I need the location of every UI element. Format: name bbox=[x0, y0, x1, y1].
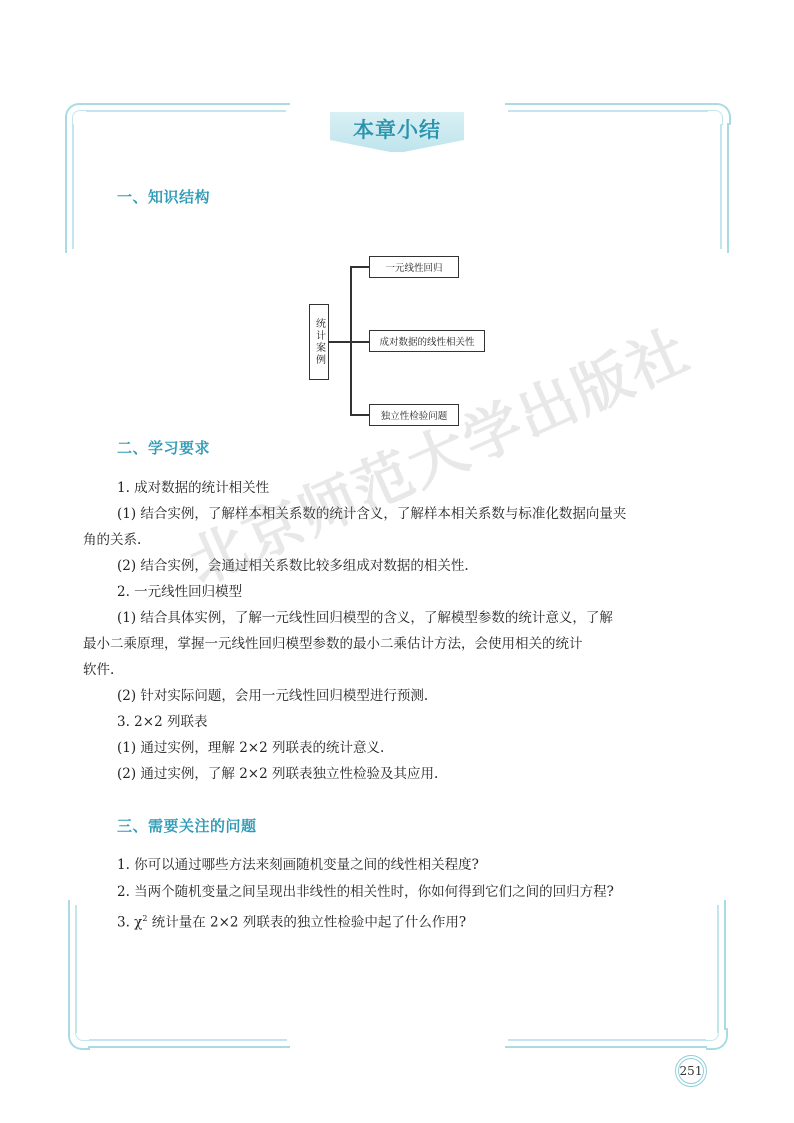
requirement-line: (2) 通过实例，了解 2×2 列联表独立性检验及其应用. bbox=[117, 764, 438, 784]
page-number: 251 bbox=[680, 1064, 703, 1078]
question-prefix: 3. χ bbox=[117, 915, 142, 931]
requirement-line: 1. 成对数据的统计相关性 bbox=[117, 478, 269, 498]
section-heading-issues-to-note: 三、需要关注的问题 bbox=[117, 815, 257, 836]
chapter-summary-title: 本章小结 bbox=[353, 114, 441, 144]
diagram-connector bbox=[350, 414, 369, 416]
chapter-summary-banner: 本章小结 bbox=[330, 112, 464, 152]
diagram-branch-box: 成对数据的线性相关性 bbox=[369, 330, 485, 352]
diagram-connector bbox=[329, 341, 351, 343]
question-line: 3. χ2 统计量在 2×2 列联表的独立性检验中起了什么作用? bbox=[117, 909, 466, 933]
diagram-connector bbox=[350, 266, 369, 268]
diagram-branch-box: 独立性检验问题 bbox=[369, 404, 459, 426]
diagram-connector bbox=[350, 341, 369, 343]
requirement-line: (1) 通过实例，理解 2×2 列联表的统计意义. bbox=[117, 738, 384, 758]
requirement-line: 3. 2×2 列联表 bbox=[117, 712, 207, 732]
question-suffix: 统计量在 2×2 列联表的独立性检验中起了什么作用? bbox=[147, 915, 466, 931]
diagram-root-box: 统计案例 bbox=[309, 304, 329, 380]
section-heading-learning-requirements: 二、学习要求 bbox=[117, 437, 210, 458]
requirement-line: 软件. bbox=[83, 660, 114, 680]
question-line: 2. 当两个随机变量之间呈现出非线性的相关性时，你如何得到它们之间的回归方程? bbox=[117, 882, 614, 902]
requirement-line: 最小二乘原理，掌握一元线性回归模型参数的最小二乘估计方法，会使用相关的统计 bbox=[83, 634, 583, 654]
question-line: 1. 你可以通过哪些方法来刻画随机变量之间的线性相关程度? bbox=[117, 855, 479, 875]
requirement-line: 2. 一元线性回归模型 bbox=[117, 582, 242, 602]
section-heading-knowledge-structure: 一、知识结构 bbox=[117, 186, 210, 207]
requirement-line: (2) 结合实例，会通过相关系数比较多组成对数据的相关性. bbox=[117, 556, 469, 576]
requirement-line: 角的关系. bbox=[83, 530, 141, 550]
requirement-line: (1) 结合具体实例，了解一元线性回归模型的含义，了解模型参数的统计意义，了解 bbox=[117, 608, 613, 628]
diagram-branch-box: 一元线性回归 bbox=[369, 256, 459, 278]
page-number-badge: 251 bbox=[675, 1055, 707, 1087]
requirement-line: (2) 针对实际问题，会用一元线性回归模型进行预测. bbox=[117, 686, 428, 706]
requirement-line: (1) 结合实例，了解样本相关系数的统计含义，了解样本相关系数与标准化数据向量夹 bbox=[117, 504, 626, 524]
